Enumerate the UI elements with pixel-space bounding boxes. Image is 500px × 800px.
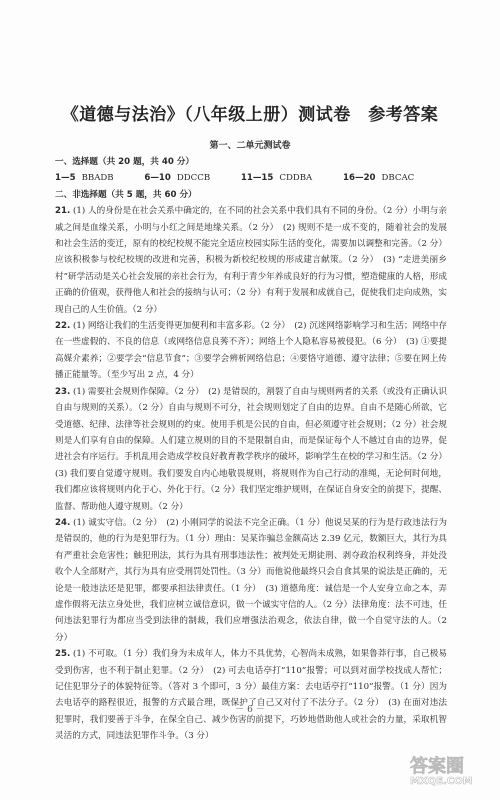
answer-group: 6—10DDCCB (144, 173, 224, 183)
section-heading-choice: 一、选择题（共 20 题，共 40 分） (55, 154, 447, 170)
answer-group: 1—5BBADB (55, 173, 128, 183)
answer-q21: 21. (1) 人的身份是在社会关系中确定的，在不同的社会关系中我们具有不同的身… (55, 203, 447, 318)
answer-q24: 24. (1) 诚实守信。（2 分） (2) 小刚同学的说法不完全正确。（1 分… (55, 515, 447, 646)
page-number: － 6 － (0, 702, 500, 715)
watermark-logo: 答案圈 MXQE.COM (410, 752, 473, 787)
answer-content: 一、选择题（共 20 题，共 40 分） 1—5BBADB 6—10DDCCB … (55, 154, 447, 745)
answer-q23: 23. (1) 需要社会规则作保障。（2 分） (2) 是错误的，割裂了自由与规… (55, 384, 447, 515)
document-title: 《道德与法治》（八年级上册）测试卷 参考答案 (0, 100, 500, 125)
choice-answers: 1—5BBADB 6—10DDCCB 11—15CDDBA 16—20DBCAC (55, 170, 447, 186)
answer-group: 16—20DBCAC (343, 173, 428, 183)
answer-q22: 22. (1) 网络让我们的生活变得更加便利和丰富多彩。（2 分） (2) 沉迷… (55, 318, 447, 384)
section-heading-nonchoice: 二、非选择题（共 5 题，共 60 分） (55, 187, 447, 203)
answer-q25: 25. (1) 不可取。（1 分）我们身为未成年人，体力不具优势，心智尚未成熟，… (55, 646, 447, 744)
answer-group: 11—15CDDBA (241, 173, 326, 183)
document-subtitle: 第一、二单元测试卷 (0, 138, 500, 151)
